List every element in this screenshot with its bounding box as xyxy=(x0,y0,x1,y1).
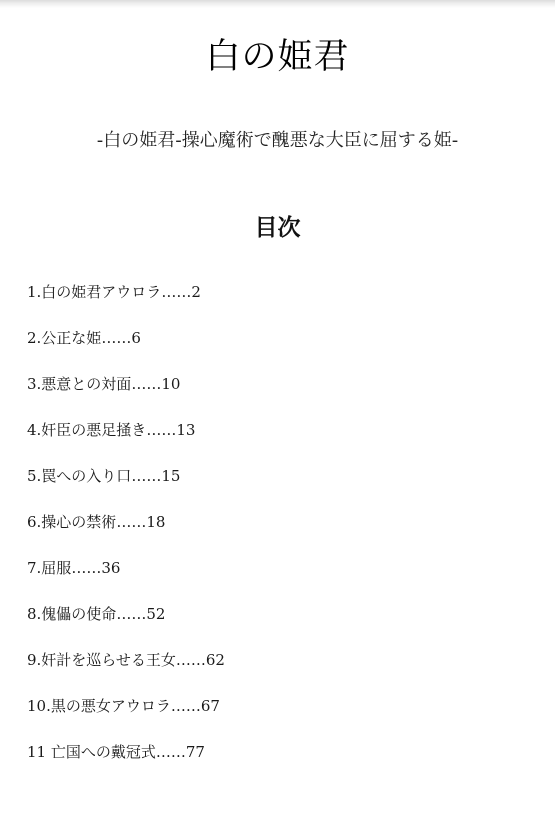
toc-item: 6.操心の禁術……18 xyxy=(27,510,225,556)
toc-item-page: 18 xyxy=(146,513,165,531)
toc-item-label: 4.奸臣の悪足掻き xyxy=(27,421,146,439)
toc-item-page: 77 xyxy=(186,743,205,761)
toc-item-leader: …… xyxy=(176,651,206,669)
toc-item-label: 9.奸計を巡らせる王女 xyxy=(27,651,176,669)
document-subtitle: -白の姫君-操心魔術で醜悪な大臣に屈する姫- xyxy=(0,128,555,154)
toc-item-page: 62 xyxy=(206,651,225,669)
toc-item-leader: …… xyxy=(171,697,201,715)
toc-item: 2.公正な姫……6 xyxy=(27,326,225,372)
document-page: 白の姫君 -白の姫君-操心魔術で醜悪な大臣に屈する姫- 目次 1.白の姫君アウロ… xyxy=(0,0,555,820)
toc-item-page: 10 xyxy=(161,375,180,393)
toc-item: 11 亡国への戴冠式……77 xyxy=(27,740,225,786)
toc-item-label: 1.白の姫君アウロラ xyxy=(27,283,161,301)
toc-item: 7.屈服……36 xyxy=(27,556,225,602)
toc-item-leader: …… xyxy=(71,559,101,577)
toc-item-label: 8.傀儡の使命 xyxy=(27,605,116,623)
toc-item-page: 2 xyxy=(191,283,201,301)
toc-item-page: 67 xyxy=(201,697,220,715)
toc-heading: 目次 xyxy=(0,212,555,244)
toc-item-page: 15 xyxy=(161,467,180,485)
toc-item-leader: …… xyxy=(116,513,146,531)
toc-item-leader: …… xyxy=(116,605,146,623)
toc-item-label: 5.罠への入り口 xyxy=(27,467,131,485)
toc-item: 3.悪意との対面……10 xyxy=(27,372,225,418)
toc-item-leader: …… xyxy=(161,283,191,301)
toc-item-leader: …… xyxy=(101,329,131,347)
toc-item-page: 13 xyxy=(176,421,195,439)
toc-item-label: 10.黒の悪女アウロラ xyxy=(27,697,171,715)
toc-item: 10.黒の悪女アウロラ……67 xyxy=(27,694,225,740)
toc-item-label: 2.公正な姫 xyxy=(27,329,101,347)
toc-item-label: 6.操心の禁術 xyxy=(27,513,116,531)
table-of-contents: 1.白の姫君アウロラ……2 2.公正な姫……6 3.悪意との対面……10 4.奸… xyxy=(27,280,225,786)
toc-item-label: 3.悪意との対面 xyxy=(27,375,131,393)
toc-item-leader: …… xyxy=(131,375,161,393)
toc-item: 4.奸臣の悪足掻き……13 xyxy=(27,418,225,464)
toc-item: 1.白の姫君アウロラ……2 xyxy=(27,280,225,326)
document-title: 白の姫君 xyxy=(0,34,555,80)
toc-item-leader: …… xyxy=(131,467,161,485)
toc-item: 8.傀儡の使命……52 xyxy=(27,602,225,648)
toc-item-leader: …… xyxy=(156,743,186,761)
toc-item-leader: …… xyxy=(146,421,176,439)
toc-item-label: 11 亡国への戴冠式 xyxy=(27,743,156,761)
toc-item-label: 7.屈服 xyxy=(27,559,71,577)
toc-item: 5.罠への入り口……15 xyxy=(27,464,225,510)
toc-item-page: 6 xyxy=(131,329,141,347)
toc-item-page: 52 xyxy=(146,605,165,623)
toc-item: 9.奸計を巡らせる王女……62 xyxy=(27,648,225,694)
toc-item-page: 36 xyxy=(101,559,120,577)
